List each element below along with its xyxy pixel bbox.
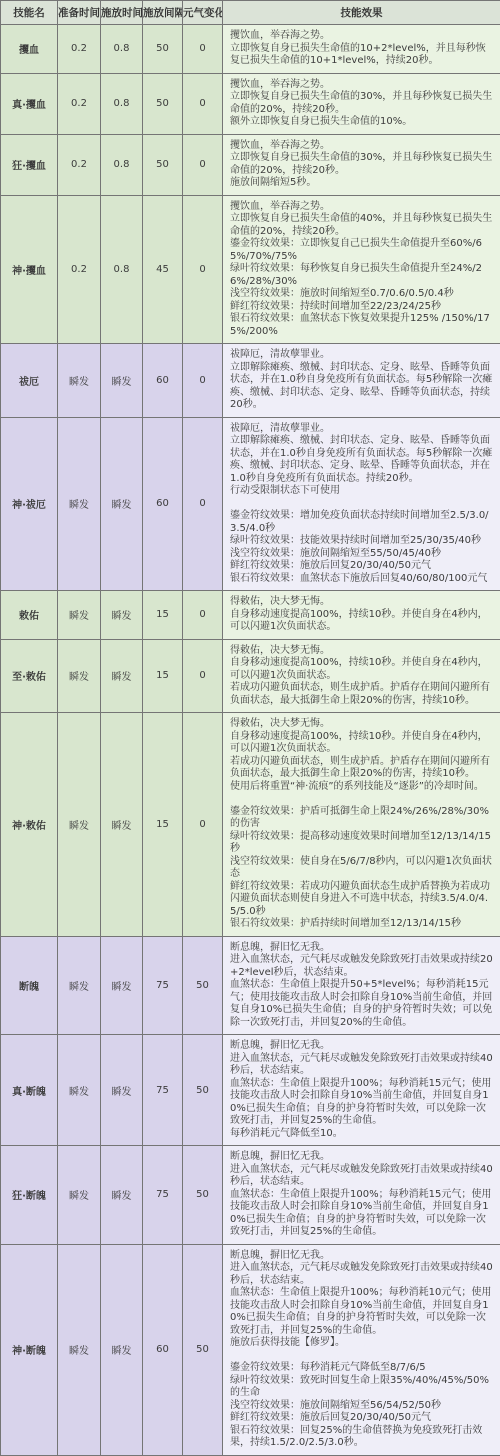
qi-change-cell: 50 (183, 936, 223, 1035)
effect-line: 浅空符纹效果：使自身在5/6/7/8秒内，可以闪避1次负面状态 (230, 856, 493, 881)
effect-line: 立即解除瘫痪、缴械、封印状态、定身、眩晕、昏睡等负面状态，并在1.0秒自身免疫所… (230, 435, 493, 485)
prep-time-cell: 瞬发 (58, 713, 101, 937)
effect-line: 鲜红符纹效果：施放后回复20/30/40/50元气 (230, 560, 493, 573)
effect-line: 额外立即恢复自身已损失生命值的10%。 (230, 116, 493, 129)
effect-line: 鎏金符纹效果：护盾可抵御生命上限24%/26%/28%/30%的伤害 (230, 806, 493, 831)
effect-line: 绿叶符纹效果：致死时回复生命上限35%/40%/45%/50%的生命 (230, 1375, 493, 1400)
table-row: 真·断魄 瞬发 瞬发 75 50 断息魄，摒旧忆无我。进入血煞状态，元气耗尽或触… (1, 1035, 500, 1146)
skill-effect-cell: 断息魄，摒旧忆无我。进入血煞状态，元气耗尽或触发免除致死打击效果或持续20+2*… (223, 936, 500, 1035)
skill-name-cell: 狂·攫血 (1, 134, 58, 195)
effect-line: 攫饮血，举吞海之势。 (230, 79, 493, 92)
skill-name-cell: 至·敕佑 (1, 639, 58, 713)
col-header-skill-effect: 技能效果 (223, 1, 500, 25)
skill-table-body: 攫血 0.2 0.8 50 0 攫饮血，举吞海之势。立即恢复自身已损失生命值的1… (1, 25, 500, 1456)
effect-line: 绿叶符纹效果：每秒恢复自身已损失生命值提升至24%/26%/28%/30% (230, 263, 493, 288)
effect-line: 得敕佑，决大梦无悔。 (230, 718, 493, 731)
effect-line: 进入血煞状态，元气耗尽或触发免除致死打击效果或持续40秒后，状态结束。 (230, 1053, 493, 1078)
qi-change-cell: 0 (183, 591, 223, 640)
prep-time-cell: 瞬发 (58, 591, 101, 640)
effect-line: 浅空符纹效果：施放时间缩短至0.7/0.6/0.5/0.4秒 (230, 288, 493, 301)
cast-time-cell: 瞬发 (101, 1244, 143, 1455)
cast-interval-cell: 75 (143, 1146, 183, 1245)
effect-line: 祓障厄，清故孽罪业。 (230, 423, 493, 436)
effect-line: 银石符纹效果：护盾持续时间增加至12/13/14/15秒 (230, 918, 493, 931)
skill-effect-cell: 得敕佑，决大梦无悔。自身移动速度提高100%，持续10秒。并使自身在4秒内，可以… (223, 639, 500, 713)
skill-name-cell: 攫血 (1, 25, 58, 74)
qi-change-cell: 0 (183, 25, 223, 74)
skill-name-cell: 真·断魄 (1, 1035, 58, 1146)
prep-time-cell: 瞬发 (58, 1035, 101, 1146)
table-row: 真·攫血 0.2 0.8 50 0 攫饮血，举吞海之势。立即恢复自身已损失生命值… (1, 73, 500, 134)
skill-name-cell: 神·敕佑 (1, 713, 58, 937)
cast-interval-cell: 45 (143, 195, 183, 344)
effect-line: 自身移动速度提高100%，持续10秒。并使自身在4秒内，可以闪避1次负面状态。 (230, 609, 493, 634)
effect-line (230, 793, 493, 806)
skill-effect-cell: 断息魄，摒旧忆无我。进入血煞状态，元气耗尽或触发免除致死打击效果或持续40秒后，… (223, 1035, 500, 1146)
effect-line: 立即解除瘫痪、缴械、封印状态、定身、眩晕、昏睡等负面状态，并在1.0秒自身免疫所… (230, 362, 493, 412)
effect-line: 立即恢复自身已损失生命值的30%，并且每秒恢复已损失生命值的20%，持续20秒。 (230, 152, 493, 177)
qi-change-cell: 0 (183, 713, 223, 937)
effect-line: 血煞状态：生命值上限提升100%；每秒消耗15元气；使用技能攻击敌人时会扣除自身… (230, 1078, 493, 1128)
table-row: 神·敕佑 瞬发 瞬发 15 0 得敕佑，决大梦无悔。自身移动速度提高100%，持… (1, 713, 500, 937)
col-header-cast-interval: 施放间隔 (143, 1, 183, 25)
effect-line: 每秒消耗元气降低至10。 (230, 1128, 493, 1141)
table-row: 祓厄 瞬发 瞬发 60 0 祓障厄，清故孽罪业。立即解除瘫痪、缴械、封印状态、定… (1, 344, 500, 418)
table-row: 敕佑 瞬发 瞬发 15 0 得敕佑，决大梦无悔。自身移动速度提高100%，持续1… (1, 591, 500, 640)
cast-interval-cell: 15 (143, 639, 183, 713)
cast-interval-cell: 15 (143, 713, 183, 937)
cast-time-cell: 瞬发 (101, 1146, 143, 1245)
cast-time-cell: 瞬发 (101, 639, 143, 713)
cast-interval-cell: 50 (143, 25, 183, 74)
effect-line: 绿叶符纹效果：提高移动速度效果时间增加至12/13/14/15秒 (230, 831, 493, 856)
effect-line: 祓障厄，清故孽罪业。 (230, 349, 493, 362)
skill-name-cell: 祓厄 (1, 344, 58, 418)
table-row: 断魄 瞬发 瞬发 75 50 断息魄，摒旧忆无我。进入血煞状态，元气耗尽或触发免… (1, 936, 500, 1035)
effect-line: 行动受限制状态下可使用 (230, 485, 493, 498)
effect-line (230, 1350, 493, 1363)
prep-time-cell: 0.2 (58, 73, 101, 134)
table-row: 神·攫血 0.2 0.8 45 0 攫饮血，举吞海之势。立即恢复自身已损失生命值… (1, 195, 500, 344)
effect-line: 鎏金符纹效果：每秒消耗元气降低至8/7/6/5 (230, 1362, 493, 1375)
skill-effect-cell: 祓障厄，清故孽罪业。立即解除瘫痪、缴械、封印状态、定身、眩晕、昏睡等负面状态，并… (223, 344, 500, 418)
skill-name-cell: 狂·断魄 (1, 1146, 58, 1245)
effect-line: 若成功闪避负面状态，则生成护盾。护盾存在期间闪避所有负面状态，最大抵御生命上限2… (230, 682, 493, 707)
cast-interval-cell: 60 (143, 1244, 183, 1455)
cast-time-cell: 瞬发 (101, 1035, 143, 1146)
prep-time-cell: 瞬发 (58, 639, 101, 713)
cast-interval-cell: 50 (143, 73, 183, 134)
qi-change-cell: 0 (183, 639, 223, 713)
cast-time-cell: 瞬发 (101, 344, 143, 418)
skill-effect-cell: 得敕佑，决大梦无悔。自身移动速度提高100%，持续10秒。并使自身在4秒内，可以… (223, 713, 500, 937)
effect-line (230, 498, 493, 511)
effect-line: 攫饮血，举吞海之势。 (230, 201, 493, 214)
effect-line: 银石符纹效果：血煞状态下施放后回复40/60/80/100元气 (230, 573, 493, 586)
effect-line: 银石符纹效果：回复25%的生命值替换为免疫致死打击效果，持续1.5/2.0/2.… (230, 1425, 493, 1450)
effect-line: 浅空符纹效果：施放间隔缩短至56/54/52/50秒 (230, 1400, 493, 1413)
effect-line: 血煞状态：生命值上限提升100%；每秒消耗15元气；使用技能攻击敌人时会扣除自身… (230, 1189, 493, 1239)
effect-line: 鎏金符纹效果：增加免疫负面状态持续时间增加至2.5/3.0/3.5/4.0秒 (230, 510, 493, 535)
effect-line: 攫饮血，举吞海之势。 (230, 30, 493, 43)
cast-interval-cell: 60 (143, 344, 183, 418)
prep-time-cell: 瞬发 (58, 1244, 101, 1455)
qi-change-cell: 0 (183, 73, 223, 134)
effect-line: 银石符纹效果：血煞状态下恢复效果提升125% /150%/175%/200% (230, 313, 493, 338)
effect-line: 断息魄，摒旧忆无我。 (230, 942, 493, 955)
table-row: 神·断魄 瞬发 瞬发 60 50 断息魄，摒旧忆无我。进入血煞状态，元气耗尽或触… (1, 1244, 500, 1455)
effect-line: 使用后将重置“神·流痕”的系列技能及“逐影”的冷却时间。 (230, 781, 493, 794)
effect-line: 进入血煞状态，元气耗尽或触发免除致死打击效果或持续40秒后，状态结束。 (230, 1164, 493, 1189)
effect-line: 立即恢复自身已损失生命值的10+2*level%，并且每秒恢复已损失生命值的10… (230, 43, 493, 68)
qi-change-cell: 50 (183, 1146, 223, 1245)
effect-line: 断息魄，摒旧忆无我。 (230, 1250, 493, 1263)
skill-name-cell: 敕佑 (1, 591, 58, 640)
skill-effect-cell: 攫饮血，举吞海之势。立即恢复自身已损失生命值的30%，并且每秒恢复已损失生命值的… (223, 73, 500, 134)
col-header-skill-name: 技能名 (1, 1, 58, 25)
table-row: 狂·攫血 0.2 0.8 50 0 攫饮血，举吞海之势。立即恢复自身已损失生命值… (1, 134, 500, 195)
effect-line: 自身移动速度提高100%，持续10秒。并使自身在4秒内，可以闪避1次负面状态。 (230, 657, 493, 682)
qi-change-cell: 50 (183, 1035, 223, 1146)
cast-interval-cell: 60 (143, 417, 183, 591)
skill-effect-cell: 攫饮血，举吞海之势。立即恢复自身已损失生命值的40%，并且每秒恢复已损失生命值的… (223, 195, 500, 344)
effect-line: 施放后获得技能【修罗】。 (230, 1337, 493, 1350)
skill-name-cell: 真·攫血 (1, 73, 58, 134)
effect-line: 得敕佑，决大梦无悔。 (230, 645, 493, 658)
effect-line: 得敕佑，决大梦无悔。 (230, 596, 493, 609)
skill-table: 技能名 准备时间 施放时间 施放间隔 元气变化 技能效果 攫血 0.2 0.8 … (0, 0, 500, 1456)
effect-line: 立即恢复自身已损失生命值的40%，并且每秒恢复已损失生命值的20%，持续20秒。 (230, 213, 493, 238)
cast-interval-cell: 50 (143, 134, 183, 195)
prep-time-cell: 瞬发 (58, 417, 101, 591)
cast-interval-cell: 75 (143, 1035, 183, 1146)
skill-effect-cell: 攫饮血，举吞海之势。立即恢复自身已损失生命值的10+2*level%，并且每秒恢… (223, 25, 500, 74)
qi-change-cell: 0 (183, 417, 223, 591)
effect-line: 立即恢复自身已损失生命值的30%，并且每秒恢复已损失生命值的20%，持续20秒。 (230, 91, 493, 116)
effect-line: 自身移动速度提高100%，持续10秒。并使自身在4秒内，可以闪避1次负面状态。 (230, 731, 493, 756)
cast-time-cell: 0.8 (101, 73, 143, 134)
skill-name-cell: 神·祓厄 (1, 417, 58, 591)
prep-time-cell: 瞬发 (58, 344, 101, 418)
table-row: 狂·断魄 瞬发 瞬发 75 50 断息魄，摒旧忆无我。进入血煞状态，元气耗尽或触… (1, 1146, 500, 1245)
cast-time-cell: 瞬发 (101, 713, 143, 937)
header-row: 技能名 准备时间 施放时间 施放间隔 元气变化 技能效果 (1, 1, 500, 25)
table-row: 至·敕佑 瞬发 瞬发 15 0 得敕佑，决大梦无悔。自身移动速度提高100%，持… (1, 639, 500, 713)
effect-line: 鲜红符纹效果：若成功闪避负面状态生成护盾替换为若成功闪避负面状态则使自身进入不可… (230, 881, 493, 919)
skill-effect-cell: 断息魄，摒旧忆无我。进入血煞状态，元气耗尽或触发免除致死打击效果或持续40秒后，… (223, 1146, 500, 1245)
effect-line: 断息魄，摒旧忆无我。 (230, 1151, 493, 1164)
effect-line: 鎏金符纹效果：立即恢复自己已损失生命值提升至60%/65%/70%/75% (230, 238, 493, 263)
cast-time-cell: 0.8 (101, 195, 143, 344)
prep-time-cell: 瞬发 (58, 936, 101, 1035)
qi-change-cell: 50 (183, 1244, 223, 1455)
cast-time-cell: 0.8 (101, 134, 143, 195)
qi-change-cell: 0 (183, 134, 223, 195)
cast-time-cell: 瞬发 (101, 936, 143, 1035)
effect-line: 施放间隔缩短5秒。 (230, 177, 493, 190)
col-header-cast-time: 施放时间 (101, 1, 143, 25)
skill-name-cell: 神·攫血 (1, 195, 58, 344)
prep-time-cell: 0.2 (58, 25, 101, 74)
effect-line: 鲜红符纹效果：施放后回复20/30/40/50元气 (230, 1412, 493, 1425)
table-row: 攫血 0.2 0.8 50 0 攫饮血，举吞海之势。立即恢复自身已损失生命值的1… (1, 25, 500, 74)
effect-line: 绿叶符纹效果：技能效果持续时间增加至25/30/35/40秒 (230, 535, 493, 548)
qi-change-cell: 0 (183, 344, 223, 418)
prep-time-cell: 0.2 (58, 134, 101, 195)
qi-change-cell: 0 (183, 195, 223, 344)
effect-line: 进入血煞状态，元气耗尽或触发免除致死打击效果或持续20+2*level秒后，状态… (230, 954, 493, 979)
effect-line: 攫饮血，举吞海之势。 (230, 140, 493, 153)
effect-line: 血煞状态：生命值上限提升50+5*level%；每秒消耗15元气；使用技能攻击敌… (230, 979, 493, 1029)
effect-line: 鲜红符纹效果：持续时间增加至22/23/24/25秒 (230, 301, 493, 314)
prep-time-cell: 瞬发 (58, 1146, 101, 1245)
effect-line: 进入血煞状态，元气耗尽或触发免除致死打击效果或持续40秒后，状态结束。 (230, 1262, 493, 1287)
cast-time-cell: 瞬发 (101, 417, 143, 591)
skill-name-cell: 断魄 (1, 936, 58, 1035)
cast-time-cell: 0.8 (101, 25, 143, 74)
cast-time-cell: 瞬发 (101, 591, 143, 640)
col-header-prep-time: 准备时间 (58, 1, 101, 25)
effect-line: 若成功闪避负面状态，则生成护盾。护盾存在期间闪避所有负面状态，最大抵御生命上限2… (230, 756, 493, 781)
cast-interval-cell: 15 (143, 591, 183, 640)
skill-effect-cell: 断息魄，摒旧忆无我。进入血煞状态，元气耗尽或触发免除致死打击效果或持续40秒后，… (223, 1244, 500, 1455)
effect-line: 浅空符纹效果：施放间隔缩短至55/50/45/40秒 (230, 548, 493, 561)
table-row: 神·祓厄 瞬发 瞬发 60 0 祓障厄，清故孽罪业。立即解除瘫痪、缴械、封印状态… (1, 417, 500, 591)
col-header-qi-change: 元气变化 (183, 1, 223, 25)
skill-effect-cell: 攫饮血，举吞海之势。立即恢复自身已损失生命值的30%，并且每秒恢复已损失生命值的… (223, 134, 500, 195)
skill-effect-cell: 祓障厄，清故孽罪业。立即解除瘫痪、缴械、封印状态、定身、眩晕、昏睡等负面状态，并… (223, 417, 500, 591)
effect-line: 断息魄，摒旧忆无我。 (230, 1040, 493, 1053)
skill-effect-cell: 得敕佑，决大梦无悔。自身移动速度提高100%，持续10秒。并使自身在4秒内，可以… (223, 591, 500, 640)
skill-name-cell: 神·断魄 (1, 1244, 58, 1455)
prep-time-cell: 0.2 (58, 195, 101, 344)
cast-interval-cell: 75 (143, 936, 183, 1035)
effect-line: 血煞状态：生命值上限提升100%；每秒消耗10元气；使用技能攻击敌人时会扣除自身… (230, 1287, 493, 1337)
